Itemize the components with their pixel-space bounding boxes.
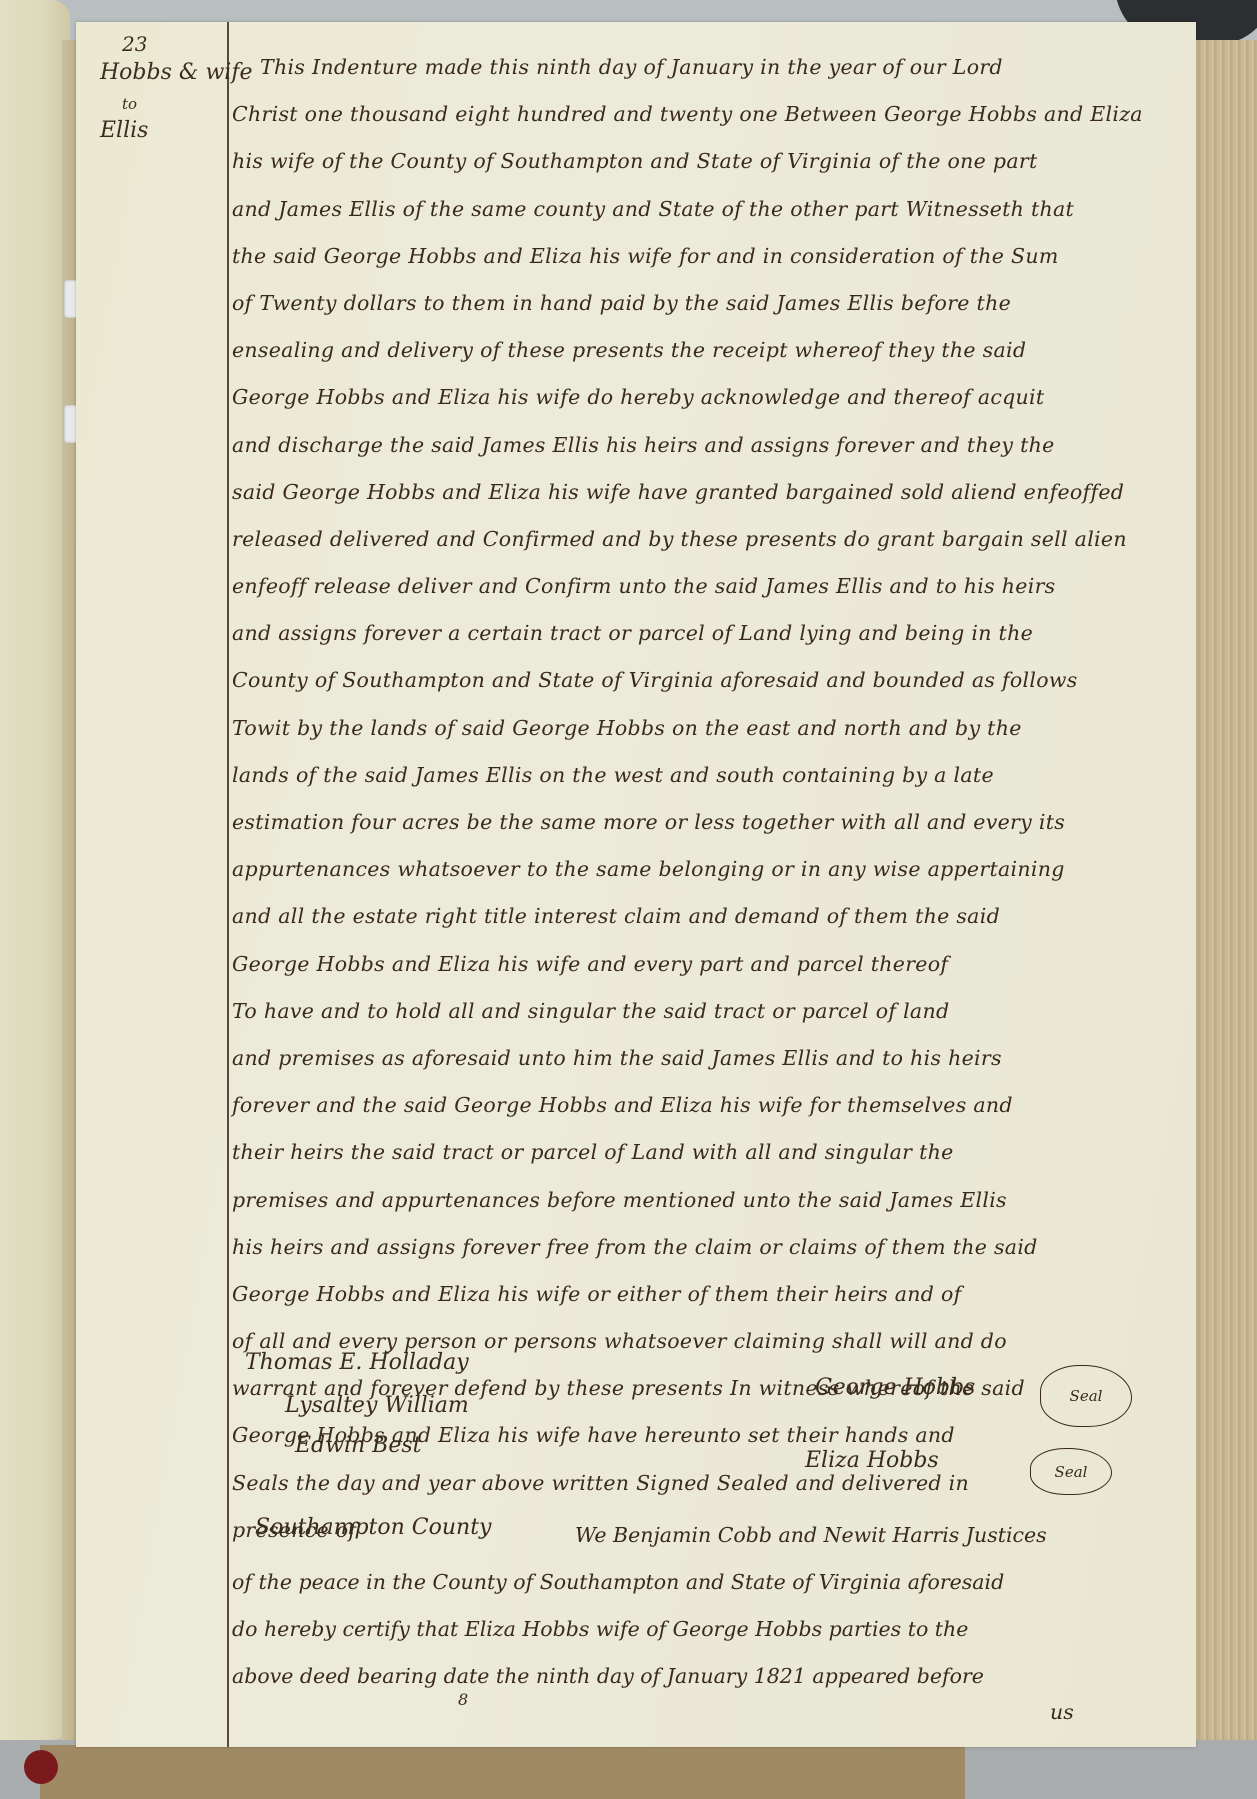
- witness-signature: Lysaltey William: [285, 1393, 469, 1418]
- deed-line: and assigns forever a certain tract or p…: [232, 610, 1182, 657]
- deed-line: appurtenances whatsoever to the same bel…: [232, 846, 1182, 893]
- margin-index-to: to: [122, 95, 137, 113]
- deed-line: and all the estate right title interest …: [232, 893, 1182, 940]
- witness-signature: Thomas E. Holladay: [245, 1350, 469, 1375]
- seal-icon: Seal: [1030, 1448, 1112, 1495]
- deed-line: of Twenty dollars to them in hand paid b…: [232, 280, 1182, 327]
- certificate-line: do hereby certify that Eliza Hobbs wife …: [232, 1617, 968, 1641]
- deed-line: ensealing and delivery of these presents…: [232, 327, 1182, 374]
- seal-label: Seal: [1055, 1463, 1088, 1481]
- deed-line: This Indenture made this ninth day of Ja…: [232, 44, 1182, 91]
- deed-line: and discharge the said James Ellis his h…: [232, 422, 1182, 469]
- deed-line: premises and appurtenances before mentio…: [232, 1177, 1182, 1224]
- deed-line: To have and to hold all and singular the…: [232, 988, 1182, 1035]
- deed-line: said George Hobbs and Eliza his wife hav…: [232, 469, 1182, 516]
- certificate-line: We Benjamin Cobb and Newit Harris Justic…: [575, 1523, 1047, 1547]
- deed-line: estimation four acres be the same more o…: [232, 799, 1182, 846]
- deed-line: the said George Hobbs and Eliza his wife…: [232, 233, 1182, 280]
- seal-label: Seal: [1070, 1387, 1103, 1405]
- page-number: 23: [122, 32, 147, 56]
- witness-signature: Edwin Best: [295, 1433, 422, 1458]
- deed-line: released delivered and Confirmed and by …: [232, 516, 1182, 563]
- deed-line: his heirs and assigns forever free from …: [232, 1224, 1182, 1271]
- deed-line: enfeoff release deliver and Confirm unto…: [232, 563, 1182, 610]
- deed-line: and premises as aforesaid unto him the s…: [232, 1035, 1182, 1082]
- signatory-eliza-hobbs: Eliza Hobbs: [805, 1448, 939, 1473]
- signatory-george-hobbs: George Hobbs: [815, 1375, 975, 1400]
- deed-line: George Hobbs and Eliza his wife and ever…: [232, 941, 1182, 988]
- stray-mark: 8: [458, 1690, 468, 1709]
- margin-rule: [227, 22, 229, 1747]
- deed-line: and James Ellis of the same county and S…: [232, 186, 1182, 233]
- catchword: us: [1050, 1700, 1074, 1724]
- margin-index-grantor: Hobbs & wife: [100, 60, 253, 85]
- certificate-line: of the peace in the County of Southampto…: [232, 1570, 1004, 1594]
- deed-line: County of Southampton and State of Virgi…: [232, 657, 1182, 704]
- certificate-line: above deed bearing date the ninth day of…: [232, 1664, 984, 1688]
- wooden-book-support: [40, 1745, 965, 1799]
- margin-index-grantee: Ellis: [100, 118, 148, 143]
- seal-icon: Seal: [1040, 1365, 1132, 1427]
- deed-line: George Hobbs and Eliza his wife or eithe…: [232, 1271, 1182, 1318]
- deed-line: his wife of the County of Southampton an…: [232, 138, 1182, 185]
- red-seal-marker: [24, 1750, 58, 1784]
- deed-line: forever and the said George Hobbs and El…: [232, 1082, 1182, 1129]
- deed-body: This Indenture made this ninth day of Ja…: [232, 44, 1182, 1554]
- certificate-heading: Southampton County: [255, 1515, 492, 1540]
- deed-line: Towit by the lands of said George Hobbs …: [232, 705, 1182, 752]
- deed-line: lands of the said James Ellis on the wes…: [232, 752, 1182, 799]
- deed-line: their heirs the said tract or parcel of …: [232, 1129, 1182, 1176]
- deed-line: Christ one thousand eight hundred and tw…: [232, 91, 1182, 138]
- left-page-stack: [0, 0, 70, 1740]
- deed-line: George Hobbs and Eliza his wife do hereb…: [232, 374, 1182, 421]
